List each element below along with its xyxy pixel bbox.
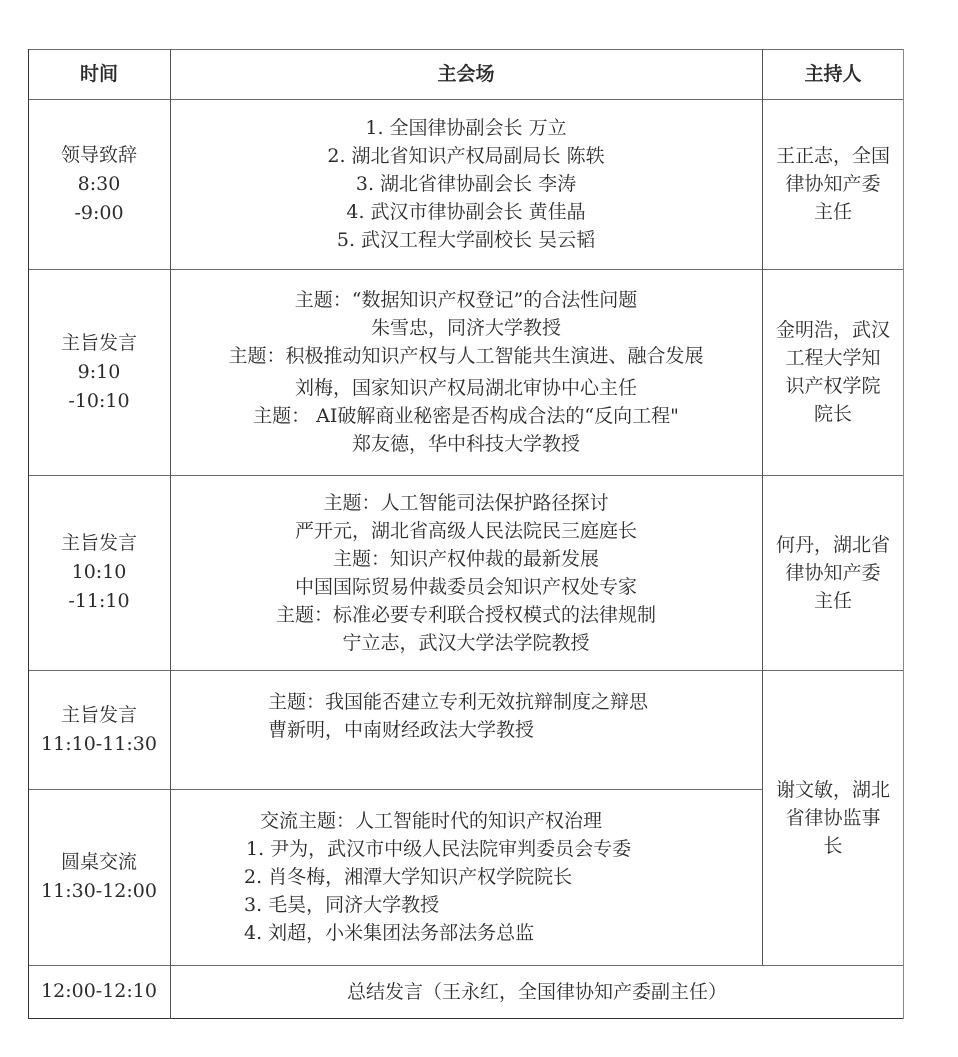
- topic-line: 主题：积极推动知识产权与人工智能共生演进、融合发展: [228, 342, 703, 370]
- speaker-line: 刘梅，国家知识产权局湖北审协中心主任: [295, 374, 637, 402]
- speaker-line: 4. 武汉市律协副会长 黄佳晶: [346, 198, 585, 226]
- closing-remarks: 总结发言（王永红，全国律协知产委副主任）: [347, 978, 727, 1006]
- agenda-table: 时间 主会场 主持人 领导致辞 8:30 -9:00 1. 全国律协副会长 万立…: [28, 49, 904, 1019]
- panelist-line: 3. 毛昊，同济大学教授: [244, 891, 439, 919]
- row4-time: 主旨发言 11:10-11:30: [28, 670, 170, 789]
- speaker-line: 宁立志，武汉大学法学院教授: [342, 629, 589, 657]
- row1-content: 1. 全国律协副会长 万立 2. 湖北省知识产权局副局长 陈轶 3. 湖北省律协…: [170, 99, 762, 269]
- row5-content: 交流主题：人工智能时代的知识产权治理 1. 尹为，武汉市中级人民法院审判委员会专…: [244, 789, 762, 965]
- speaker-line: 朱雪忠，同济大学教授: [371, 314, 561, 342]
- header-time-label: 时间: [80, 60, 118, 88]
- speaker-line: 2. 湖北省知识产权局副局长 陈轶: [327, 142, 604, 170]
- header-main-venue: 主会场: [170, 49, 762, 99]
- row5-time: 圆桌交流 11:30-12:00: [28, 789, 170, 965]
- topic-line: 主题：我国能否建立专利无效抗辩制度之辩思: [268, 688, 648, 716]
- time-start: 10:10: [72, 558, 127, 587]
- time-end: -9:00: [74, 199, 123, 228]
- time-label: 主旨发言: [61, 701, 137, 730]
- time-label: 主旨发言: [61, 529, 137, 558]
- topic-line: 主题：知识产权仲裁的最新发展: [333, 545, 599, 573]
- host-line: 工程大学知: [785, 344, 880, 372]
- speaker-line: 严开元，湖北省高级人民法院民三庭庭长: [295, 517, 637, 545]
- time-start: 8:30: [78, 170, 121, 199]
- panelist-line: 1. 尹为，武汉市中级人民法院审判委员会专委: [244, 835, 631, 863]
- row3-host: 何丹，湖北省 律协知产委 主任: [762, 475, 904, 670]
- row2-time: 主旨发言 9:10 -10:10: [28, 269, 170, 475]
- row4-5-host: 谢文敏，湖北 省律协监事 长: [762, 670, 904, 965]
- header-main-venue-label: 主会场: [437, 60, 494, 88]
- time-range: 12:00-12:10: [41, 977, 157, 1006]
- speaker-line: 中国国际贸易仲裁委员会知识产权处专家: [295, 573, 637, 601]
- header-host: 主持人: [762, 49, 904, 99]
- host-line: 识产权学院: [785, 372, 880, 400]
- row6-content: 总结发言（王永红，全国律协知产委副主任）: [170, 965, 904, 1018]
- topic-line: 主题：人工智能司法保护路径探讨: [323, 489, 608, 517]
- row3-time: 主旨发言 10:10 -11:10: [28, 475, 170, 670]
- speaker-line: 郑友德，华中科技大学教授: [352, 430, 580, 458]
- host-line: 王正志，全国: [776, 142, 890, 170]
- host-line: 长: [823, 832, 842, 860]
- header-time: 时间: [28, 49, 170, 99]
- speaker-line: 1. 全国律协副会长 万立: [365, 114, 566, 142]
- host-line: 院长: [814, 400, 852, 428]
- topic-line: 主题：标准必要专利联合授权模式的法律规制: [276, 601, 656, 629]
- row1-time: 领导致辞 8:30 -9:00: [28, 99, 170, 269]
- time-label: 圆桌交流: [61, 848, 137, 877]
- panelist-line: 4. 刘超，小米集团法务部法务总监: [244, 919, 534, 947]
- time-end: -10:10: [68, 387, 129, 416]
- time-range: 11:10-11:30: [41, 730, 157, 759]
- host-line: 金明浩，武汉: [776, 316, 890, 344]
- row4-content: 主题：我国能否建立专利无效抗辩制度之辩思 曹新明，中南财经政法大学教授: [268, 670, 762, 789]
- time-range: 11:30-12:00: [41, 877, 157, 906]
- topic-line: 主题：“数据知识产权登记”的合法性问题: [295, 286, 637, 314]
- host-line: 主任: [814, 587, 852, 615]
- panelist-line: 2. 肖冬梅，湘潭大学知识产权学院院长: [244, 863, 572, 891]
- time-start: 9:10: [78, 358, 121, 387]
- topic-line: 交流主题：人工智能时代的知识产权治理: [244, 807, 602, 835]
- host-line: 谢文敏，湖北: [776, 776, 890, 804]
- speaker-line: 曹新明，中南财经政法大学教授: [268, 716, 534, 744]
- header-host-label: 主持人: [804, 60, 861, 88]
- host-line: 何丹，湖北省: [776, 531, 890, 559]
- speaker-line: 5. 武汉工程大学副校长 吴云韬: [337, 226, 595, 254]
- table-border-bottom: [28, 1018, 904, 1019]
- host-line: 律协知产委: [785, 170, 880, 198]
- row2-content: 主题：“数据知识产权登记”的合法性问题 朱雪忠，同济大学教授 主题：积极推动知识…: [170, 269, 762, 475]
- host-line: 律协知产委: [785, 559, 880, 587]
- row6-time: 12:00-12:10: [28, 965, 170, 1018]
- host-line: 主任: [814, 198, 852, 226]
- topic-line: 主题： AI破解商业秘密是否构成合法的“反向工程": [253, 402, 679, 430]
- time-label: 领导致辞: [61, 141, 137, 170]
- time-label: 主旨发言: [61, 329, 137, 358]
- row2-host: 金明浩，武汉 工程大学知 识产权学院 院长: [762, 269, 904, 475]
- speaker-line: 3. 湖北省律协副会长 李涛: [356, 170, 576, 198]
- row1-host: 王正志，全国 律协知产委 主任: [762, 99, 904, 269]
- time-end: -11:10: [68, 587, 129, 616]
- host-line: 省律协监事: [785, 804, 880, 832]
- row3-content: 主题：人工智能司法保护路径探讨 严开元，湖北省高级人民法院民三庭庭长 主题：知识…: [170, 475, 762, 670]
